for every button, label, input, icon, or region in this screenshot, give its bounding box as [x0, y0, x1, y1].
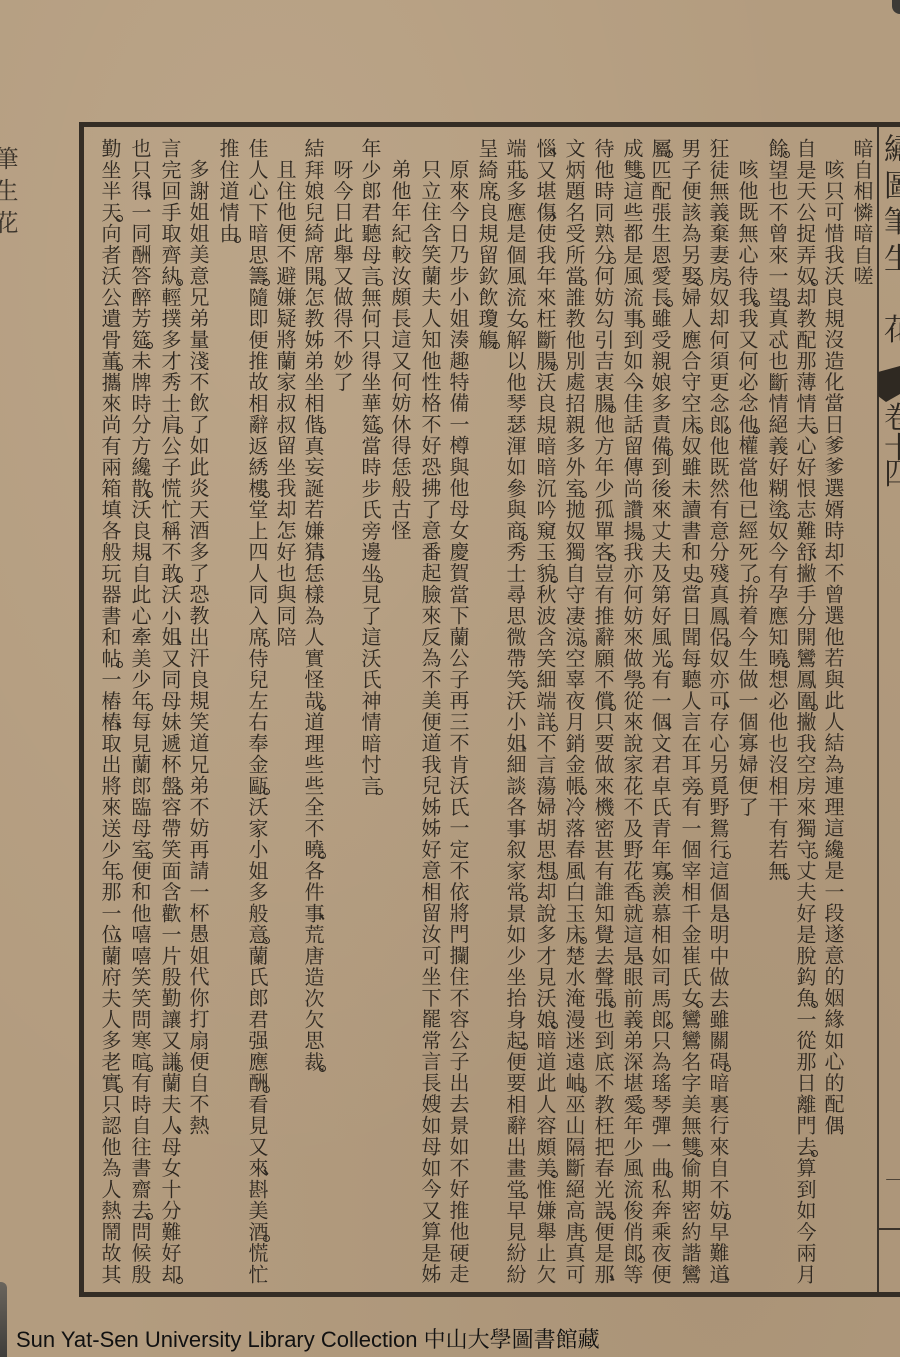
text-column: 暗自相憐暗自嗟 [851, 138, 873, 1298]
text-column: 端莊多應是個風流女解以他琴瑟渾如參與商秀士尋思微帶笑沃小姐細談各事叙家常景如少坐… [504, 138, 526, 1298]
text-column: 惱又堪傷使我年來枉斷腸沃良規暗暗沉吟窺玉貌秋波含笑細端詳不言蕩婦胡思想却說多才見… [534, 138, 556, 1298]
book-page-scan: 筆生花 繡 圖 筆 生 花 卷 十 四 一 暗自相憐暗自嗟 咳只可惜我沃良規沒造… [0, 0, 900, 1357]
frame-border-left [79, 122, 84, 1297]
fishtail-mark-icon [878, 364, 900, 404]
text-column: 呈綺席良規留欽飲瓊觴 [476, 138, 498, 1298]
text-column: 也只得一同酬答醉芳筵未牌時分方纔散沃良規自此心牽美少年每見蘭郎臨母室便和他嘻嘻笑… [129, 138, 151, 1298]
spine-title-char: 圖 [884, 172, 900, 202]
text-column: 推住道情由 [217, 138, 239, 1298]
frame-border-top [79, 122, 900, 127]
text-column: 屬匹配張生恩愛長雖受親娘多責備到後來丈夫及第好風光有一個文君卓氏青年寡羨慕相如司… [649, 138, 671, 1298]
spine-page-number: 一 [885, 1172, 900, 1194]
text-column: 原來今日乃步小姐湊趣特備一樽與他母女慶賀當下蘭公子再三不肯沃氏一定不依將門攔住不… [447, 159, 469, 1319]
text-column: 狂徒無義棄妻房奴却何須更念郎他既然有意分殘真鳳侶奴亦可存心另覓野鴛行這個是明中做… [707, 138, 729, 1298]
text-column: 結拜娘兒綺席開怎教姊弟坐相偕真妄誕若嫌猜恁樣為人實怪哉道理些些全不曉各件事荒唐造… [302, 138, 324, 1298]
text-column: 言完回手取齊紈輕撲多才秀士肩公子慌忙稱不敢沃小姐又同母妹遞杯盤容帶笑面含歡一片殷… [159, 138, 181, 1298]
text-column: 文炳題名受所當誰教他別處招親多外室拋奴獨自守凄涼空辜夜月銷金帳冷落春風白玉床楚水… [563, 138, 585, 1298]
text-column: 咳只可惜我沃良規沒造化當日爹爹選婿時却不曾選他若與此人結為連理這纔是一段遂意的姻… [822, 159, 844, 1319]
text-column: 年少郎君聽母言無何只得坐華筵當時步氏旁邊坐見了這沃氏神情暗忖言 [359, 138, 381, 1298]
text-column: 男子便該為另娶婦人應合守空床奴雖未讀書和史當日聞每聽人言在耳旁有一個宰相千金崔氏… [679, 138, 701, 1298]
text-column: 弟他年紀較汝頗長這又何妨休得恁般古怪 [389, 159, 411, 1319]
text-column: 勤坐半天向者沃公遺骨董攜來尚有兩箱填各般玩器書和帖一樁樁取出將來送少年那一位蘭府… [99, 138, 121, 1298]
text-column: 佳人心下暗思籌隨即便推故相辭返綉樓堂上四人同入席侍兒左右奉金甌沃家小姐多般意蘭氏… [246, 138, 268, 1298]
text-column: 且住他便不避嫌疑將蘭家叔叔留坐我却怎好也與同陪 [274, 159, 296, 1319]
spine-title-char: 生 [884, 245, 900, 275]
spine-title-char: 花 [884, 316, 900, 346]
text-column: 多謝姐姐美意兄弟量淺不飲了如此炎天酒多了恐教出汗良規笑道兄弟不妨再請一杯愚姐代你… [187, 159, 209, 1319]
text-column: 只立住含笑蘭夫人知他性格不好恐拂了意番起臉來反為不美便道我兒姊姊好意相留汝可坐下… [419, 159, 441, 1319]
text-column: 餘望也不曾來一望真忒也斷情絕義好糊塗奴今有孕應知曉想必他也沒相干有若無 [766, 138, 788, 1298]
adjacent-page-spine-partial: 筆生花 [0, 146, 22, 242]
collection-caption: Sun Yat-Sen University Library Collectio… [16, 1329, 600, 1351]
page-corner-shadow [892, 0, 900, 14]
page-edge-shadow [0, 1282, 7, 1357]
text-column: 呀今日此舉又做得不妙了 [331, 159, 353, 1319]
text-column: 待他時同熟分何妨勾引吉衷腸他方年少孤單客豈有推辭願不償只要做來機密甚有誰知覺去聲… [592, 138, 614, 1298]
text-column: 成雙這些都是風流事到如今佳話留傳尚讚揚我亦何妨來做學從來說家花不及野花香就這是眼… [621, 138, 643, 1298]
text-column: 咳他既無心待我我又何必念他權當他已經死了拚着今生做一個寡婦便了 [736, 159, 758, 1319]
text-column: 自是天公捉弄奴却教配那薄情夫心好恨志難舒撇手分開鸞鳳圍撇我空房來獨守丈夫好是脫鈎… [794, 138, 816, 1298]
spine-divider-line [877, 127, 879, 1292]
spine-lower-rule [878, 1228, 900, 1230]
spine-title-char: 繡 [884, 135, 900, 165]
spine-volume-char: 卷 [884, 404, 900, 434]
spine-title-char: 筆 [884, 208, 900, 238]
spine-volume-char: 四 [884, 460, 900, 490]
